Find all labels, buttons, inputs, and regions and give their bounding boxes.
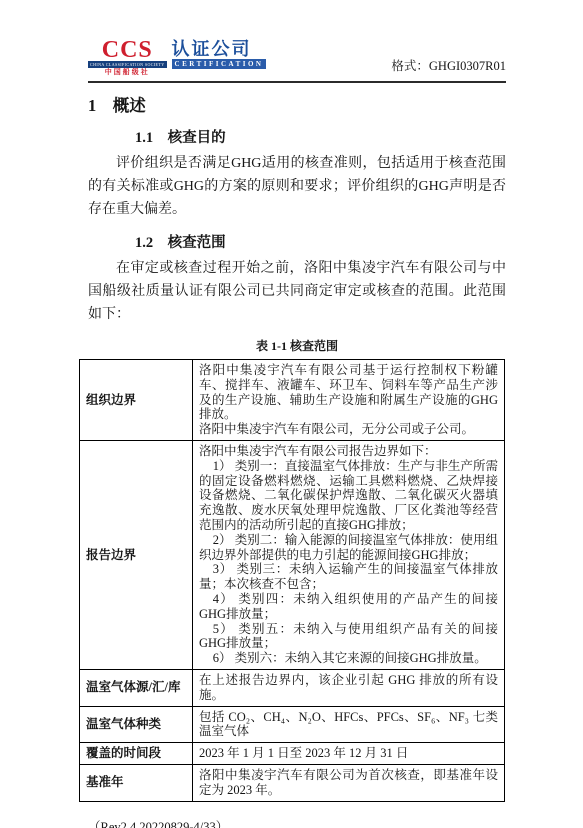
document-page: CCS CHINA CLASSIFICATION SOCIETY 中国船级社 认…: [0, 0, 583, 828]
ghg-types-text: 包括 CO₂、CH₄、N₂O、HFCs、PFCs、SF₆、NF₃ 七类温室气体: [199, 710, 498, 740]
report-boundary-item-1: 1） 类别一：直接温室气体排放：生产与非生产所需的固定设备燃料燃烧、运输工具燃料…: [199, 459, 498, 533]
report-boundary-item-2: 2） 类别二：输入能源的间接温室气体排放：使用组织边界外部提供的电力引起的能源间…: [199, 533, 498, 563]
table-row-reporting-boundary: 报告边界 洛阳中集凌宇汽车有限公司报告边界如下： 1） 类别一：直接温室气体排放…: [80, 440, 505, 669]
report-boundary-item-3: 3） 类别三：未纳入运输产生的间接温室气体排放量；本次核查不包含；: [199, 562, 498, 592]
row-label: 报告边界: [80, 440, 193, 669]
ghg-sources-text: 在上述报告边界内，该企业引起 GHG 排放的所有设施。: [199, 673, 498, 703]
verification-scope-table: 组织边界 洛阳中集凌宇汽车有限公司基于运行控制权下粉罐车、搅拌车、液罐车、环卫车…: [79, 359, 505, 802]
table-row-covered-period: 覆盖的时间段 2023 年 1 月 1 日至 2023 年 12 月 31 日: [80, 743, 505, 765]
logo-company-text: 认证公司: [172, 40, 267, 59]
row-content: 2023 年 1 月 1 日至 2023 年 12 月 31 日: [193, 743, 505, 765]
row-label: 覆盖的时间段: [80, 743, 193, 765]
report-boundary-item-4: 4） 类别四：未纳入组织使用的产品产生的间接GHG排放量；: [199, 592, 498, 622]
row-content: 包括 CO₂、CH₄、N₂O、HFCs、PFCs、SF₆、NF₃ 七类温室气体: [193, 706, 505, 743]
row-content: 洛阳中集凌宇汽车有限公司为首次核查，即基准年设定为 2023 年。: [193, 764, 505, 801]
logo-society-en-text: CHINA CLASSIFICATION SOCIETY: [88, 61, 167, 68]
row-label: 基准年: [80, 764, 193, 801]
report-boundary-item-6: 6） 类别六：未纳入其它来源的间接GHG排放量。: [199, 651, 498, 666]
row-label: 组织边界: [80, 360, 193, 441]
format-code-label: 格式：GHGI0307R01: [391, 56, 506, 76]
subsection-heading-scope: 1.2 核查范围: [135, 231, 506, 252]
paragraph-verification-scope: 在审定或核查过程开始之前，洛阳中集凌宇汽车有限公司与中国船级社质量认证有限公司已…: [88, 257, 506, 326]
row-content: 洛阳中集凌宇汽车有限公司报告边界如下： 1） 类别一：直接温室气体排放：生产与非…: [193, 440, 505, 669]
paragraph-verification-purpose: 评价组织是否满足GHG适用的核查准则，包括适用于核查范围的有关标准或GHG的方案…: [88, 152, 506, 221]
logo-ccs-text: CCS: [102, 40, 153, 60]
row-content: 在上述报告边界内，该企业引起 GHG 排放的所有设施。: [193, 669, 505, 706]
logo-certification-text: CERTIFICATION: [172, 59, 267, 69]
row-label: 温室气体源/汇/库: [80, 669, 193, 706]
table-row-base-year: 基准年 洛阳中集凌宇汽车有限公司为首次核查，即基准年设定为 2023 年。: [80, 764, 505, 801]
report-boundary-item-5: 5） 类别五：未纳入与使用组织产品有关的间接GHG排放量；: [199, 622, 498, 652]
revision-footer: （Rev2.4 20220829-4/33）: [88, 817, 506, 828]
org-boundary-para-2: 洛阳中集凌宇汽车有限公司，无分公司或子公司。: [199, 422, 498, 437]
covered-period-text: 2023 年 1 月 1 日至 2023 年 12 月 31 日: [199, 746, 498, 761]
table-row-ghg-types: 温室气体种类 包括 CO₂、CH₄、N₂O、HFCs、PFCs、SF₆、NF₃ …: [80, 706, 505, 743]
row-label: 温室气体种类: [80, 706, 193, 743]
section-heading-overview: 1 概述: [88, 92, 506, 116]
page-header: CCS CHINA CLASSIFICATION SOCIETY 中国船级社 认…: [88, 40, 506, 83]
row-content: 洛阳中集凌宇汽车有限公司基于运行控制权下粉罐车、搅拌车、液罐车、环卫车、饲料车等…: [193, 360, 505, 441]
org-boundary-para-1: 洛阳中集凌宇汽车有限公司基于运行控制权下粉罐车、搅拌车、液罐车、环卫车、饲料车等…: [199, 363, 498, 422]
logo-society-cn-text: 中国船级社: [105, 68, 150, 76]
table-row-organizational-boundary: 组织边界 洛阳中集凌宇汽车有限公司基于运行控制权下粉罐车、搅拌车、液罐车、环卫车…: [80, 360, 505, 441]
report-boundary-intro: 洛阳中集凌宇汽车有限公司报告边界如下：: [199, 444, 498, 459]
subsection-heading-purpose: 1.1 核查目的: [135, 126, 506, 147]
base-year-text: 洛阳中集凌宇汽车有限公司为首次核查，即基准年设定为 2023 年。: [199, 768, 498, 798]
table-row-ghg-sources-sinks: 温室气体源/汇/库 在上述报告边界内，该企业引起 GHG 排放的所有设施。: [80, 669, 505, 706]
table-caption: 表 1-1 核查范围: [88, 337, 506, 354]
ccs-certification-logo: CCS CHINA CLASSIFICATION SOCIETY 中国船级社 认…: [88, 40, 266, 76]
